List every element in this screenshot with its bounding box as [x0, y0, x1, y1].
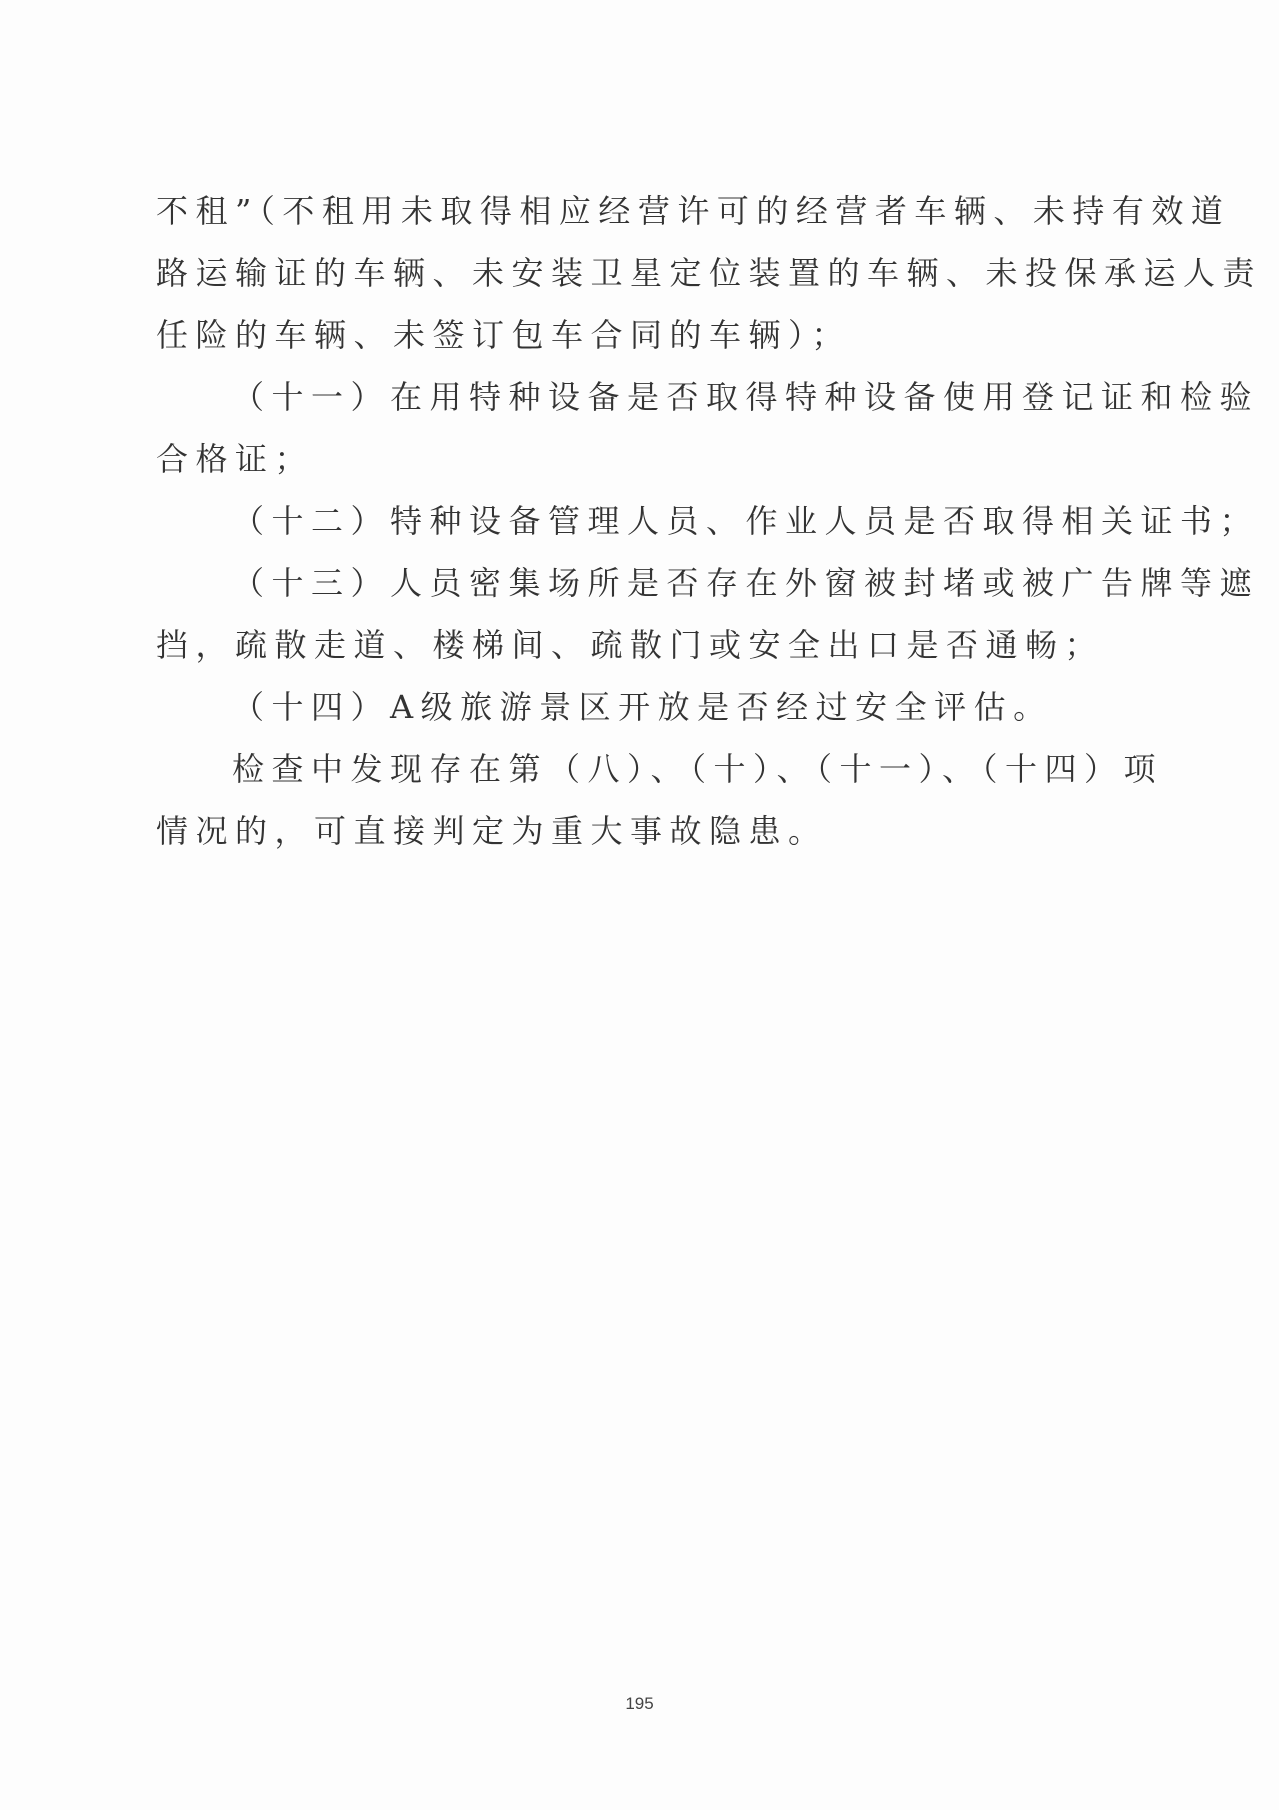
- text-line: 挡，疏散走道、楼梯间、疏散门或安全出口是否通畅；: [156, 614, 1136, 676]
- text-line: 合格证；: [156, 428, 1136, 490]
- text-line: 路运输证的车辆、未安装卫星定位装置的车辆、未投保承运人责: [156, 242, 1136, 304]
- text-line: 情况的，可直接判定为重大事故隐患。: [156, 800, 1136, 862]
- page-number: 195: [0, 1694, 1279, 1714]
- conclusion-line: 检查中发现存在第（八）、（十）、（十一）、（十四）项: [156, 738, 1136, 800]
- text-line: 不租”（不租用未取得相应经营许可的经营者车辆、未持有效道: [156, 180, 1136, 242]
- item-13-line: （十三）人员密集场所是否存在外窗被封堵或被广告牌等遮: [156, 552, 1136, 614]
- item-12-line: （十二）特种设备管理人员、作业人员是否取得相关证书；: [156, 490, 1136, 552]
- text-line: 任险的车辆、未签订包车合同的车辆）；: [156, 304, 1136, 366]
- item-14-line: （十四）A级旅游景区开放是否经过安全评估。: [156, 676, 1136, 738]
- item-11-line: （十一）在用特种设备是否取得特种设备使用登记证和检验: [156, 366, 1136, 428]
- document-body: 不租”（不租用未取得相应经营许可的经营者车辆、未持有效道 路运输证的车辆、未安装…: [156, 180, 1136, 862]
